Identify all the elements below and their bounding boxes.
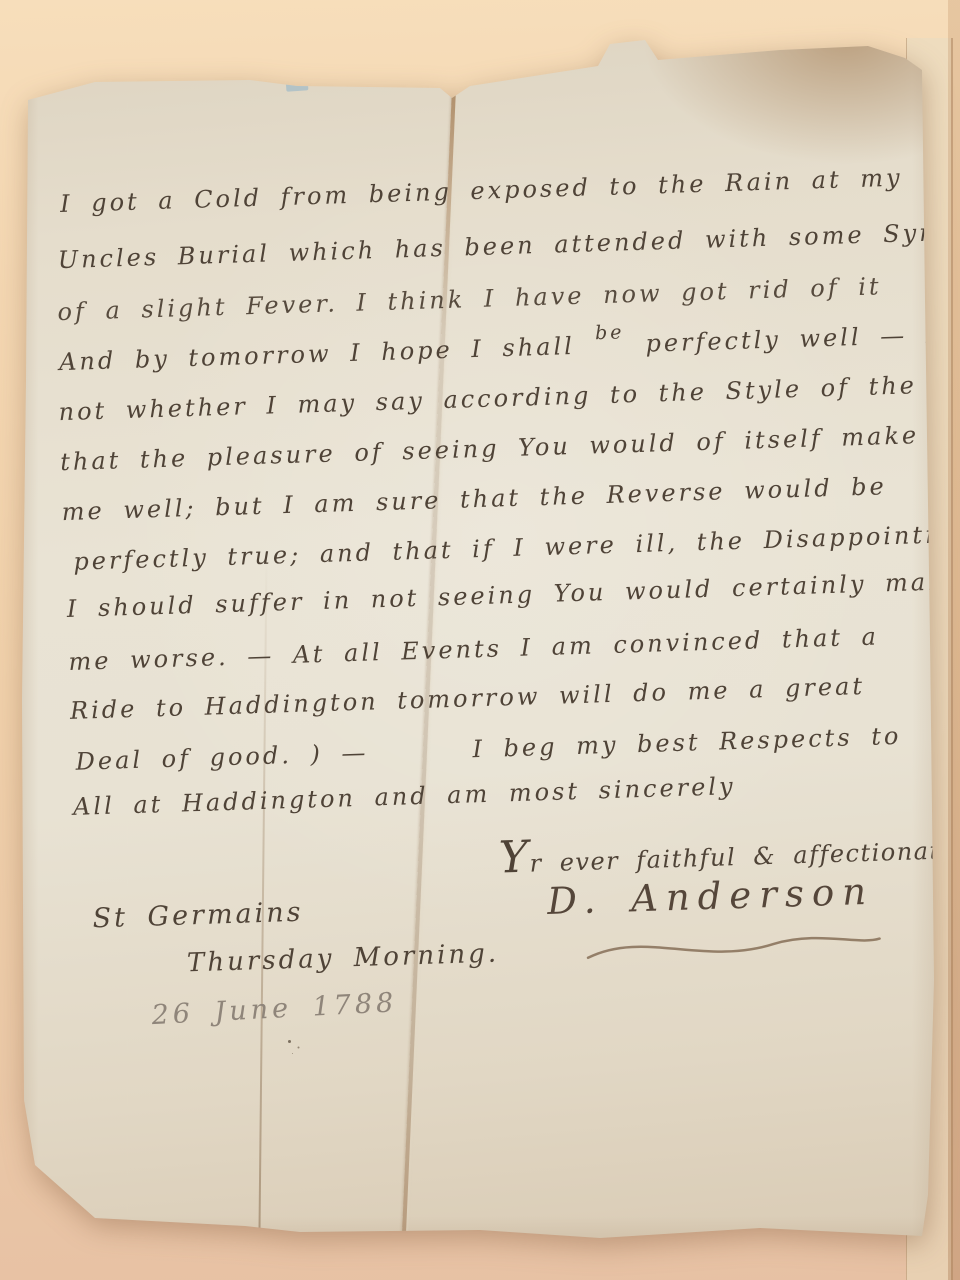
letter-line: of a slight Fever. I think I have now go…: [57, 274, 882, 324]
letter-line: I should suffer in not seeing You would …: [66, 569, 960, 621]
letter-line: I got a Cold from being exposed to the R…: [60, 166, 903, 216]
letter-line: Uncles Burial which has been attended wi…: [58, 217, 960, 272]
letter-line: All at Haddington and am most sincerely: [73, 774, 736, 819]
handwritten-text-block: I got a Cold from being exposed to the R…: [0, 0, 960, 1280]
letter-line: And by tomorrow I hope I shall be perfec…: [59, 319, 960, 374]
letter-sheet-wrapper: I got a Cold from being exposed to the R…: [0, 0, 960, 1280]
pencil-archival-date: 26 June 1788: [151, 989, 398, 1029]
letter-line-segment: And by tomorrow I hope I shall: [59, 332, 576, 376]
interlinear-insertion: be: [595, 321, 625, 344]
letter-line: perfectly true; and that if I were ill, …: [73, 521, 960, 574]
letter-line: Ride to Haddington tomorrow will do me a…: [70, 674, 866, 723]
date-line: Thursday Morning.: [187, 941, 500, 977]
letter-line: me worse. — At all Events I am convinced…: [68, 625, 879, 674]
letter-paper: I got a Cold from being exposed to the R…: [0, 0, 960, 1280]
letter-line-segment: perfectly well — I know: [645, 317, 960, 357]
letter-line: not whether I may say according to the S…: [58, 369, 960, 425]
letter-line-segment: Deal of good. ) —: [75, 739, 369, 776]
letter-line: Deal of good. ) —I beg my best Respects …: [75, 741, 369, 774]
signature: D. Anderson: [547, 873, 875, 920]
letter-line: that the pleasure of seeing You would of…: [60, 423, 920, 474]
photo-of-letter: I got a Cold from being exposed to the R…: [0, 0, 960, 1280]
letter-line: me well; but I am sure that the Reverse …: [61, 474, 887, 524]
closing-salutation: Yr ever faithful & affectionate: [498, 822, 957, 880]
letter-line-segment: I beg my best Respects to: [472, 724, 902, 761]
place-line: St Germains: [92, 899, 304, 933]
signature-flourish: [583, 927, 884, 970]
